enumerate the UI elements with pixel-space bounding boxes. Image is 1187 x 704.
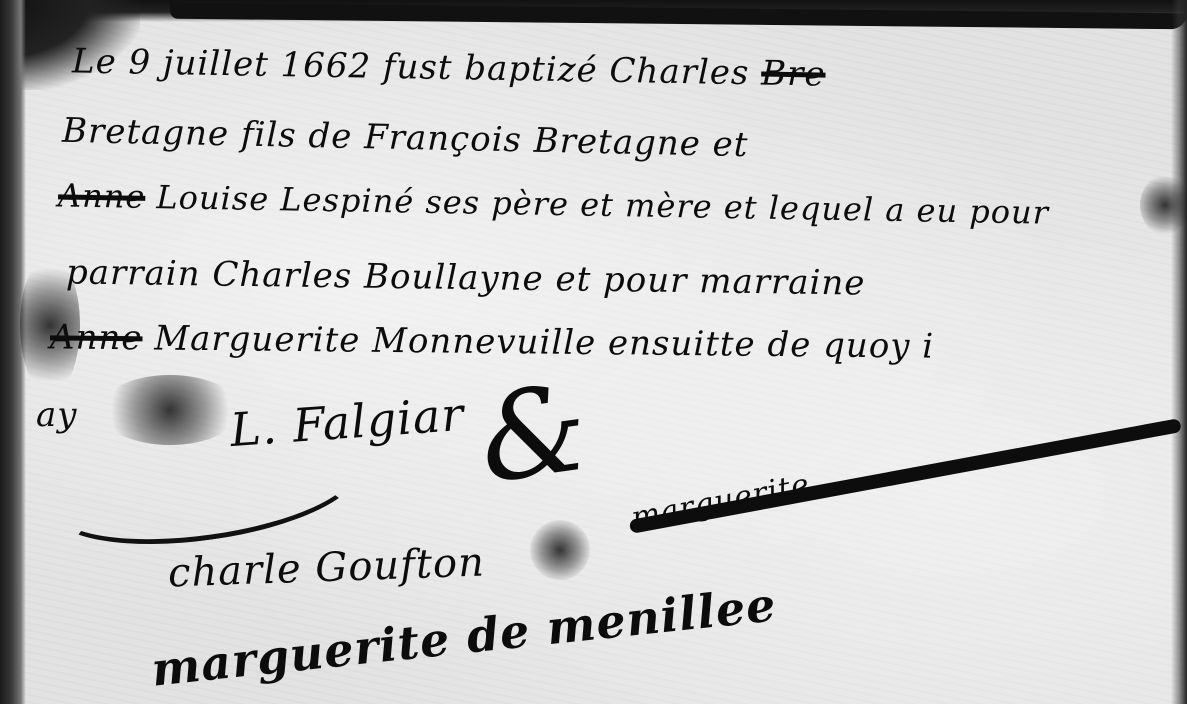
entry-line-4: parrain Charles Boullayne et pour marrai… bbox=[66, 252, 866, 303]
entry-line-6: ay bbox=[36, 395, 77, 435]
line-text: Louise Lespiné ses père et mère et leque… bbox=[156, 178, 1049, 232]
paraph-glyph: & bbox=[471, 358, 597, 511]
ink-smudge bbox=[530, 520, 590, 580]
entry-line-3: Anne Louise Lespiné ses père et mère et … bbox=[58, 176, 1050, 231]
line-text: Bretagne fils de François Bretagne et bbox=[62, 111, 749, 165]
signature-charles-goufton: charle Goufton bbox=[167, 539, 485, 596]
signature-text: marguerite de menillee bbox=[149, 577, 779, 696]
entry-line-1: Le 9 juillet 1662 fust baptizé Charles B… bbox=[72, 41, 826, 94]
struck-text: Bre bbox=[761, 53, 826, 94]
entry-line-2: Bretagne fils de François Bretagne et bbox=[62, 111, 749, 165]
ink-smudge bbox=[100, 375, 240, 445]
right-edge-shadow bbox=[1171, 0, 1187, 704]
signature-marguerite: marguerite de menillee bbox=[149, 577, 779, 696]
line-text: parrain Charles Boullayne et pour marrai… bbox=[66, 252, 866, 303]
signature-paraph: & bbox=[471, 358, 597, 511]
line-text: ay bbox=[36, 395, 77, 435]
line-text: Le 9 juillet 1662 fust baptizé Charles bbox=[72, 41, 750, 93]
signature-text: charle Goufton bbox=[167, 539, 485, 596]
struck-text: Anne bbox=[58, 176, 146, 216]
manuscript-page: Le 9 juillet 1662 fust baptizé Charles B… bbox=[0, 0, 1187, 704]
ink-smudge bbox=[1140, 175, 1187, 235]
line-text: Marguerite Monnevuille ensuitte de quoy … bbox=[154, 318, 934, 366]
strike-through-bar bbox=[629, 418, 1182, 534]
entry-line-5: Anne Marguerite Monnevuille ensuitte de … bbox=[50, 317, 935, 366]
struck-text: Anne bbox=[50, 317, 143, 358]
